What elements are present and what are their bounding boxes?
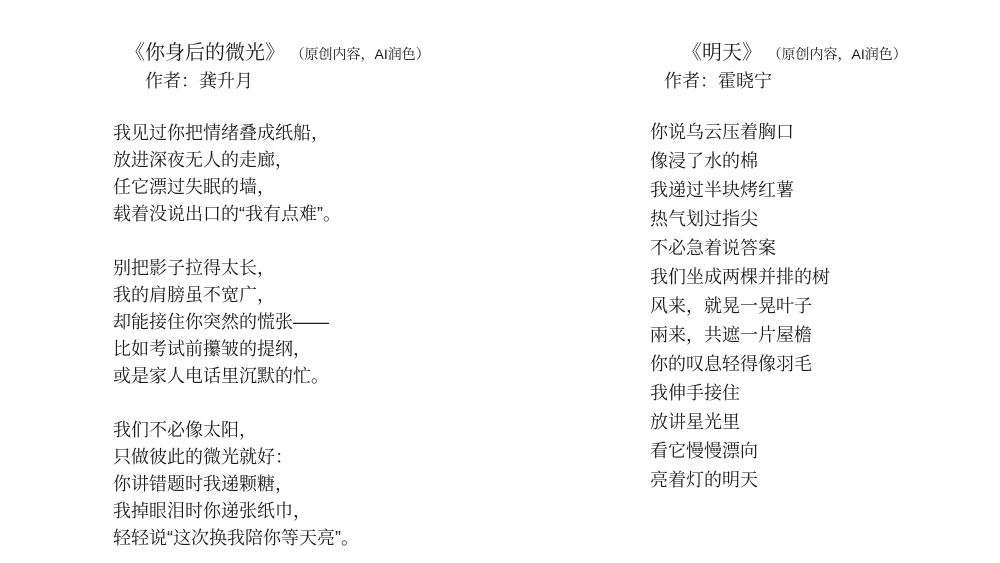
- left-poem-title-line: 《你身后的微光》 （原创内容，AI润色）: [125, 40, 430, 68]
- poem-line: 放讲星光里: [650, 408, 907, 437]
- right-poem: 《明天》 （原创内容，AI润色） 作者：霍晓宁 你说乌云压着胸口 像浸了水的棉 …: [650, 40, 907, 495]
- poem-line: 我伸手接住: [650, 379, 907, 408]
- poem-line: 看它慢慢漂向: [650, 437, 907, 466]
- left-poem-stanza-3: 我们不必像太阳， 只做彼此的微光就好： 你讲错题时我递颗糖， 我掉眼泪时你递张纸…: [113, 417, 430, 552]
- left-poem-title: 《你身后的微光》: [125, 42, 285, 64]
- poem-line: 你讲错题时我递颗糖，: [113, 471, 430, 498]
- poem-line: 载着没说出口的“我有点难”。: [113, 201, 430, 228]
- poem-line: 亮着灯的明天: [650, 466, 907, 495]
- poem-line: 只做彼此的微光就好：: [113, 444, 430, 471]
- poem-line: 热气划过指尖: [650, 205, 907, 234]
- poem-line: 我的肩膀虽不宽广，: [113, 282, 430, 309]
- poem-line: 轻轻说“这次换我陪你等天亮”。: [113, 525, 430, 552]
- poem-line: 风来，就晃一晃叶子: [650, 292, 907, 321]
- poem-line: 比如考试前攥皱的提纲，: [113, 336, 430, 363]
- left-poem-stanza-2: 别把影子拉得太长， 我的肩膀虽不宽广， 却能接住你突然的慌张—— 比如考试前攥皱…: [113, 255, 430, 390]
- poem-line: 像浸了水的棉: [650, 147, 907, 176]
- left-poem-author: 作者：龚升月: [145, 68, 430, 95]
- poem-line: 你说乌云压着胸口: [650, 118, 907, 147]
- left-poem-annotation: （原创内容，AI润色）: [291, 46, 430, 62]
- poem-line: 我们坐成两棵并排的树: [650, 263, 907, 292]
- poem-line: 我们不必像太阳，: [113, 417, 430, 444]
- poem-line: 兩来，共遮一片屋檐: [650, 321, 907, 350]
- poem-line: 却能接住你突然的慌张——: [113, 309, 430, 336]
- right-poem-annotation: （原创内容，AI润色）: [768, 46, 907, 62]
- left-poem-body: 我见过你把情绪叠成纸船， 放进深夜无人的走廊， 任它漂过失眠的墙， 载着没说出口…: [113, 120, 430, 552]
- poem-line: 我见过你把情绪叠成纸船，: [113, 120, 430, 147]
- poem-line: 你的叹息轻得像羽毛: [650, 350, 907, 379]
- poem-line: 别把影子拉得太长，: [113, 255, 430, 282]
- poem-line: 或是家人电话里沉默的忙。: [113, 363, 430, 390]
- left-poem-stanza-1: 我见过你把情绪叠成纸船， 放进深夜无人的走廊， 任它漂过失眠的墙， 载着没说出口…: [113, 120, 430, 228]
- right-poem-body: 你说乌云压着胸口 像浸了水的棉 我递过半块烤红薯 热气划过指尖 不必急着说答案 …: [650, 118, 907, 495]
- left-poem: 《你身后的微光》 （原创内容，AI润色） 作者：龚升月 我见过你把情绪叠成纸船，…: [113, 40, 430, 552]
- poem-line: 放进深夜无人的走廊，: [113, 147, 430, 174]
- right-poem-title: 《明天》: [682, 42, 762, 64]
- poem-line: 任它漂过失眠的墙，: [113, 174, 430, 201]
- poem-line: 我掉眼泪时你递张纸巾，: [113, 498, 430, 525]
- right-poem-author: 作者：霍晓宁: [664, 68, 907, 95]
- poem-line: 不必急着说答案: [650, 234, 907, 263]
- right-poem-title-line: 《明天》 （原创内容，AI润色）: [682, 40, 907, 68]
- poem-line: 我递过半块烤红薯: [650, 176, 907, 205]
